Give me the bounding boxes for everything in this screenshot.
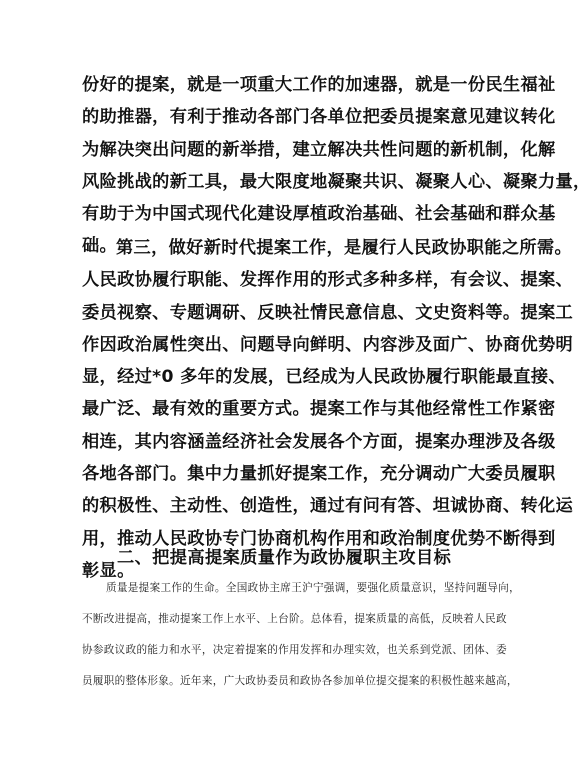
text-line: 第三，做好新时代提案工作，是履行人民政协职能之所需。 [82,232,522,264]
section-heading: 二、把提高提案质量作为政协履职主攻目标 [117,543,451,573]
text-line: 的积极性、主动性、创造性，通过有问有答、坦诚协商、转化运 [82,490,522,522]
document-page: 份好的提案，就是一项重大工作的加速器，就是一份民生福祉 的助推器，有利于推动各部… [0,0,586,759]
text-line: 份好的提案，就是一项重大工作的加速器，就是一份民生福祉 [82,69,522,101]
text-line: 各地各部门。集中力量抓好提案工作，充分调动广大委员履职 [82,458,522,490]
text-line: 风险挑战的新工具，最大限度地凝聚共识、凝聚人心、凝聚力量， [82,166,522,198]
text-line: 协参政议政的能力和水平，决定着提案的作用发挥和办理实效，也关系到党派、团体、委 [82,635,522,666]
text-line: 为解决突出问题的新举措，建立解决共性问题的新机制，化解 [82,134,522,166]
text-line: 委员视察、专题调研、反映社情民意信息、文史资料等。提案工 [82,297,522,329]
text-line: 作因政治属性突出、问题导向鲜明、内容涉及面广、协商优势明 [82,329,522,361]
text-line: 显，经过*0 多年的发展，已经成为人民政协履行职能最直接、 [82,361,522,393]
text-line: 最广泛、最有效的重要方式。提案工作与其他经常性工作紧密 [82,393,522,425]
text-line: 质量是提案工作的生命。全国政协主席王沪宁强调，要强化质量意识，坚持问题导向， [82,573,522,604]
text-line: 的助推器，有利于推动各部门各单位把委员提案意见建议转化 [82,101,522,133]
text-line: 员履职的整体形象。近年来，广大政协委员和政协各参加单位提交提案的积极性越来越高， [82,666,522,697]
paragraph-third-point: 第三，做好新时代提案工作，是履行人民政协职能之所需。 人民政协履行职能、发挥作用… [82,232,522,587]
text-line: 人民政协履行职能、发挥作用的形式多种多样，有会议、提案、 [82,264,522,296]
text-line: 相连，其内容涵盖经济社会发展各个方面，提案办理涉及各级 [82,426,522,458]
text-line: 不断改进提高，推动提案工作上水平、上台阶。总体看，提案质量的高低，反映着人民政 [82,604,522,635]
text-line: 有助于为中国式现代化建设厚植政治基础、社会基础和群众基 [82,198,522,230]
paragraph-quality: 质量是提案工作的生命。全国政协主席王沪宁强调，要强化质量意识，坚持问题导向， 不… [82,573,522,697]
